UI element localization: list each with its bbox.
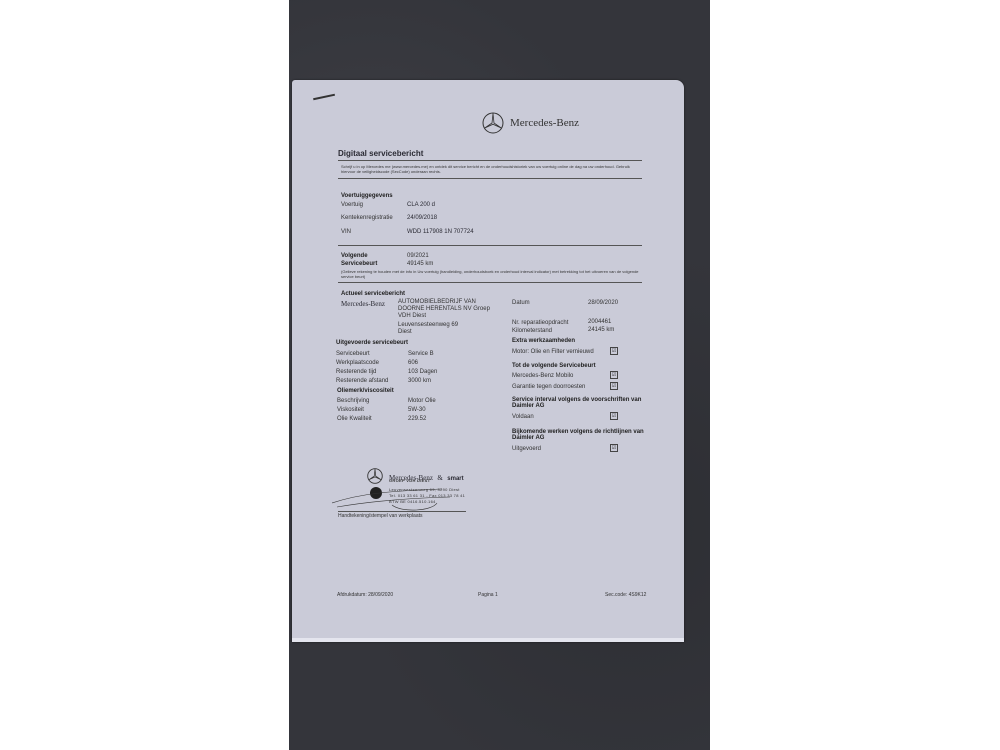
- stamp-caption: Handtekening/stempel van werkplaats: [338, 513, 423, 519]
- checkbox-checked: ☑: [610, 382, 618, 390]
- page-number: Pagina 1: [478, 592, 498, 598]
- document-title: Digitaal servicebericht: [338, 149, 423, 158]
- vehicle-heading: Voertuiggegevens: [341, 193, 393, 199]
- dealer-address: AUTOMOBIELBEDRIJF VANDOORNE HERENTALS NV…: [398, 299, 490, 336]
- repair-order-label: Nr. reparatieopdracht: [512, 320, 568, 326]
- additional-heading: Bijkomende werken volgens de richtlijnen…: [512, 429, 657, 441]
- checkbox-checked: ☑: [610, 371, 618, 379]
- performed-labels: ServicebeurtWerkplaatscodeResterende tij…: [336, 350, 388, 386]
- extra-heading: Extra werkzaamheden: [512, 338, 575, 344]
- oil-values: Motor Olie5W-30229.52: [408, 397, 436, 424]
- sec-code: Sec.code: 4S9K12: [605, 592, 646, 598]
- next-service-label: Servicebeurt: [341, 261, 377, 267]
- current-heading: Actueel servicebericht: [341, 291, 405, 297]
- until-next-item: Mercedes-Benz Mobilo: [512, 373, 573, 379]
- brand-name: Mercedes-Benz: [510, 117, 579, 129]
- service-document: Mercedes-Benz Digitaal servicebericht Sc…: [292, 80, 684, 642]
- next-service-label: Volgende: [341, 253, 368, 259]
- mercedes-star-icon: [482, 112, 504, 134]
- next-service-date: 09/2021: [407, 253, 429, 259]
- repair-order-value: 2004461: [588, 319, 611, 325]
- additional-item: Uitgevoerd: [512, 446, 541, 452]
- performed-values: Service B606103 Dagen3000 km: [408, 350, 437, 386]
- signature-scribble: [332, 483, 452, 513]
- interval-heading: Service interval volgens de voorschrifte…: [512, 397, 657, 409]
- checkbox-checked: ☑: [610, 347, 618, 355]
- date-label: Datum: [512, 300, 530, 306]
- paper-edge: [292, 638, 684, 642]
- intro-text: Schrijf u in op Mercedes me (www.mercede…: [341, 164, 641, 174]
- interval-item: Voldaan: [512, 414, 534, 420]
- until-next-item: Garantie tegen doorroesten: [512, 384, 585, 390]
- performed-heading: Uitgevoerde servicebeurt: [336, 340, 408, 346]
- until-next-heading: Tot de volgende Servicebeurt: [512, 363, 596, 369]
- print-date: Afdrukdatum: 28/09/2020: [337, 592, 393, 598]
- checkbox-checked: ☑: [610, 444, 618, 452]
- mileage-value: 24145 km: [588, 327, 614, 333]
- mercedes-star-icon: [367, 468, 383, 484]
- next-service-km: 49145 km: [407, 261, 433, 267]
- vehicle-row: Kentekenregistratie24/09/2018: [341, 215, 437, 221]
- dealer-brand: Mercedes-Benz: [341, 300, 385, 308]
- next-service-note: (Gelieve rekening te houden met de info …: [341, 269, 641, 279]
- oil-labels: BeschrijvingViskositeitOlie Kwaliteit: [337, 397, 372, 424]
- brand-header: Mercedes-Benz: [482, 112, 579, 134]
- oil-heading: Oliemerk/viscositeit: [337, 388, 394, 394]
- vehicle-row: VINWDD 117908 1N 707724: [341, 229, 474, 235]
- date-value: 28/09/2020: [588, 300, 618, 306]
- checkbox-checked: ☑: [610, 412, 618, 420]
- vehicle-row: VoertuigCLA 200 d: [341, 202, 435, 208]
- mileage-label: Kilometerstand: [512, 328, 552, 334]
- extra-item: Motor: Olie en Filter vernieuwd: [512, 349, 594, 355]
